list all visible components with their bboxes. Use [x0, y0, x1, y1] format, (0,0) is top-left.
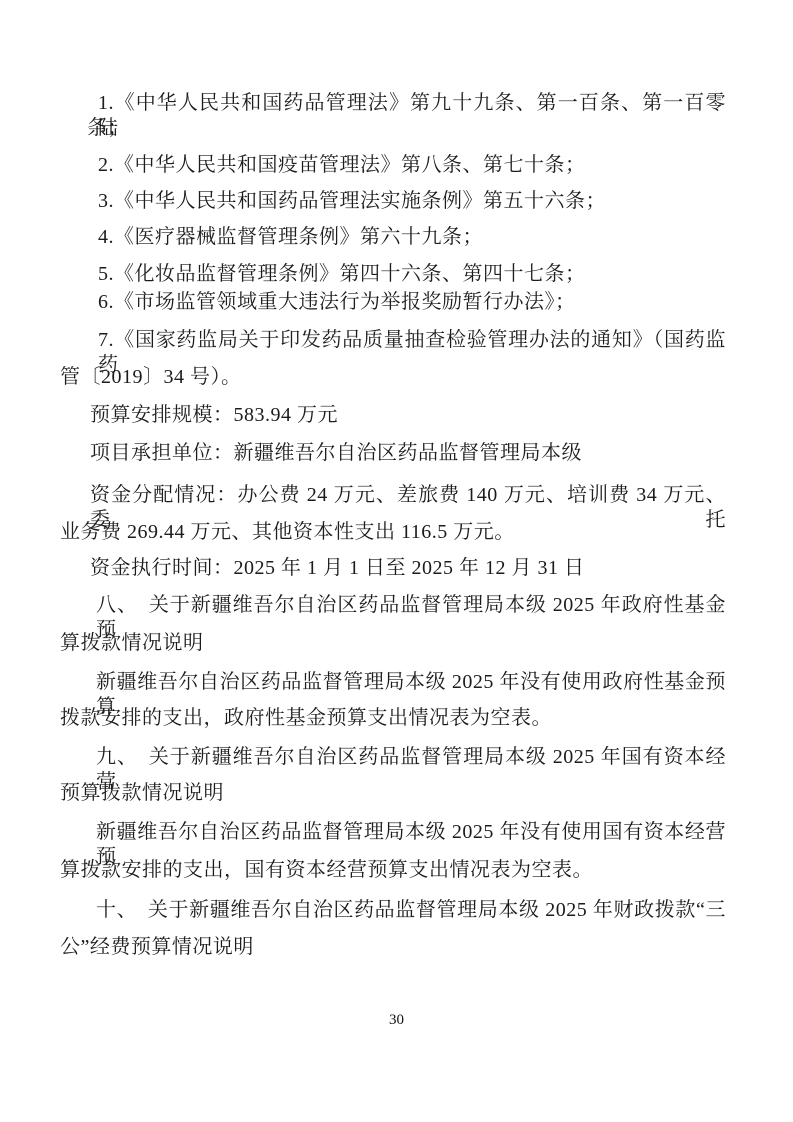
fund-allocation-line-2: 业务费 269.44 万元、其他资本性支出 116.5 万元。: [60, 520, 726, 545]
section-8-heading-line-2: 算拨款情况说明: [60, 631, 726, 656]
legal-item-6: 6.《市场监管领域重大违法行为举报奖励暂行办法》；: [60, 290, 726, 315]
legal-item-4: 4.《医疗器械监督管理条例》第六十九条；: [60, 225, 726, 250]
legal-item-1-line-2: 条；: [60, 116, 726, 141]
section-10-heading-line-1: 十、 关于新疆维吾尔自治区药品监督管理局本级 2025 年财政拨款“三: [60, 898, 726, 923]
fund-execution-period-line: 资金执行时间：2025 年 1 月 1 日至 2025 年 12 月 31 日: [60, 556, 726, 581]
page-number: 30: [0, 1010, 793, 1030]
section-8-body-line-2: 拨款安排的支出，政府性基金预算支出情况表为空表。: [60, 706, 726, 731]
section-9-body-line-2: 算拨款安排的支出，国有资本经营预算支出情况表为空表。: [60, 858, 726, 883]
project-unit-line: 项目承担单位：新疆维吾尔自治区药品监督管理局本级: [60, 441, 726, 466]
section-10-heading-line-2: 公”经费预算情况说明: [60, 935, 726, 960]
legal-item-3: 3.《中华人民共和国药品管理法实施条例》第五十六条；: [60, 189, 726, 214]
legal-item-5: 5.《化妆品监督管理条例》第四十六条、第四十七条；: [60, 262, 726, 287]
legal-item-2: 2.《中华人民共和国疫苗管理法》第八条、第七十条；: [60, 153, 726, 178]
document-page: 1.《中华人民共和国药品管理法》第九十九条、第一百条、第一百零陆 条； 2.《中…: [0, 0, 793, 1122]
legal-item-7-line-2: 管〔2019〕34 号）。: [60, 365, 726, 390]
budget-scale-line: 预算安排规模：583.94 万元: [60, 403, 726, 428]
section-9-heading-line-2: 预算拨款情况说明: [60, 781, 726, 806]
